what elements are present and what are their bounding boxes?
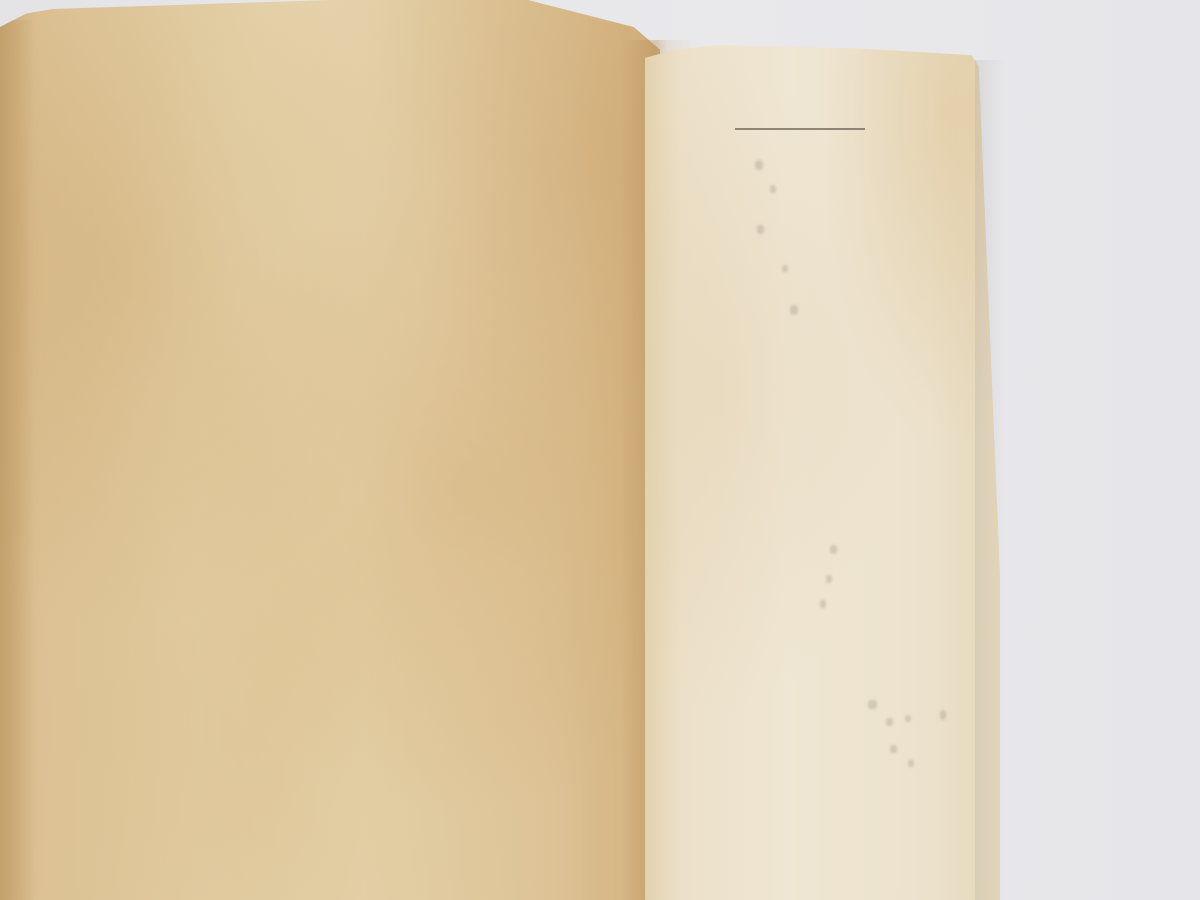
left-page-edge-stain [0,20,34,900]
ink-bleed-mark [820,600,826,608]
ink-bleed-mark [755,160,763,170]
left-page [0,0,660,900]
ink-bleed-mark [908,760,914,767]
ink-bleed-mark [826,575,832,583]
right-page [645,45,1000,900]
book-photo: Photograph of an open antique book showi… [0,0,1200,900]
page-top-rule [735,128,865,130]
ink-bleed-mark [782,265,788,272]
ink-bleed-mark [868,700,877,709]
ink-bleed-mark [890,745,897,753]
ink-bleed-mark [886,718,893,726]
ink-bleed-mark [830,545,837,554]
ink-bleed-mark [940,710,946,720]
ink-bleed-mark [770,185,776,193]
ink-bleed-mark [757,225,764,234]
ink-bleed-mark [905,715,911,722]
right-page-shadow [975,60,1005,900]
ink-bleed-mark [790,305,798,315]
